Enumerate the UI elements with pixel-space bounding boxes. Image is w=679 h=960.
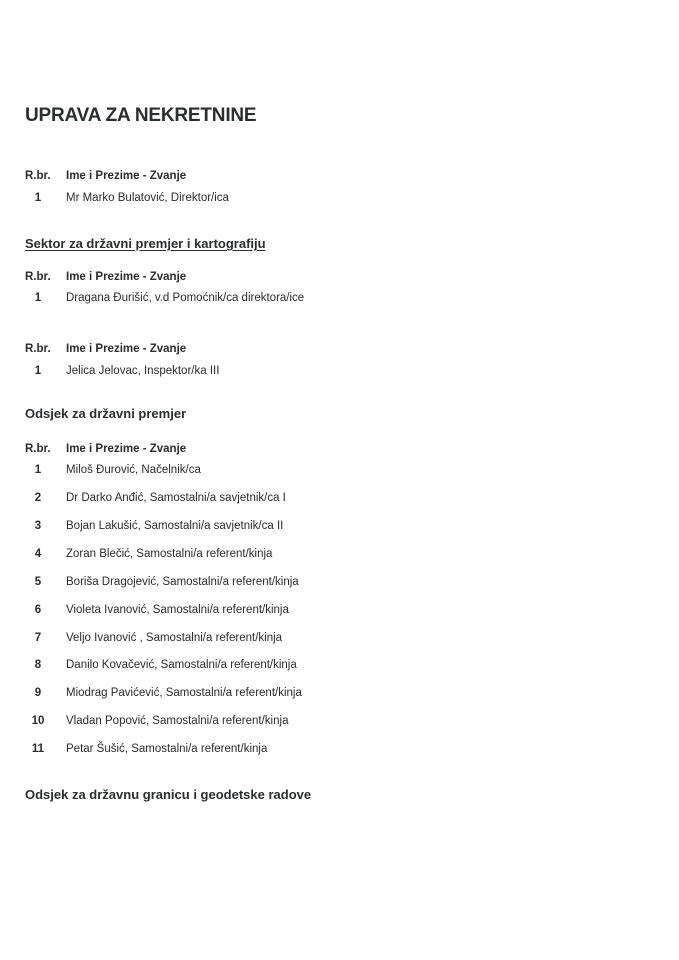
row-number: 1 [25,464,51,476]
column-header-name: Ime i Prezime - Zvanje [66,443,186,455]
section-heading: Odsjek za državni premjer [25,406,186,421]
row-text: Danilo Kovačević, Samostalni/a referent/… [66,659,297,671]
row-number: 6 [25,604,51,616]
row-number: 11 [25,743,51,755]
row-text: Dragana Đurišić, v.d Pomoćnik/ca direkto… [66,292,304,304]
row-number: 10 [25,715,51,727]
row-number: 5 [25,576,51,588]
row-text: Miodrag Pavićević, Samostalni/a referent… [66,687,302,699]
row-text: Violeta Ivanović, Samostalni/a referent/… [66,604,289,616]
row-text: Jelica Jelovac, Inspektor/ka III [66,365,219,377]
row-text: Vladan Popović, Samostalni/a referent/ki… [66,715,288,727]
row-text: Petar Šušić, Samostalni/a referent/kinja [66,743,267,755]
row-number: 2 [25,492,51,504]
row-number: 9 [25,687,51,699]
row-number: 4 [25,548,51,560]
column-header-rbr: R.br. [25,343,51,355]
column-header-name: Ime i Prezime - Zvanje [66,343,186,355]
row-text: Veljo Ivanović , Samostalni/a referent/k… [66,632,282,644]
row-text: Bojan Lakušić, Samostalni/a savjetnik/ca… [66,520,283,532]
row-text: Dr Darko Anđić, Samostalni/a savjetnik/c… [66,492,286,504]
row-number: 1 [25,365,51,377]
row-number: 1 [25,292,51,304]
column-header-name: Ime i Prezime - Zvanje [66,271,186,283]
column-header-rbr: R.br. [25,170,51,182]
row-text: Zoran Blečić, Samostalni/a referent/kinj… [66,548,272,560]
section-heading: Odsjek za državnu granicu i geodetske ra… [25,787,311,802]
row-text: Boriša Dragojević, Samostalni/a referent… [66,576,299,588]
section-heading: Sektor za državni premjer i kartografiju [25,236,266,251]
row-text: Miloš Đurović, Načelnik/ca [66,464,201,476]
row-number: 3 [25,520,51,532]
column-header-name: Ime i Prezime - Zvanje [66,170,186,182]
row-number: 1 [25,192,51,204]
row-number: 8 [25,659,51,671]
column-header-rbr: R.br. [25,271,51,283]
row-text: Mr Marko Bulatović, Direktor/ica [66,192,229,204]
page-title: UPRAVA ZA NEKRETNINE [25,105,256,127]
row-number: 7 [25,632,51,644]
column-header-rbr: R.br. [25,443,51,455]
